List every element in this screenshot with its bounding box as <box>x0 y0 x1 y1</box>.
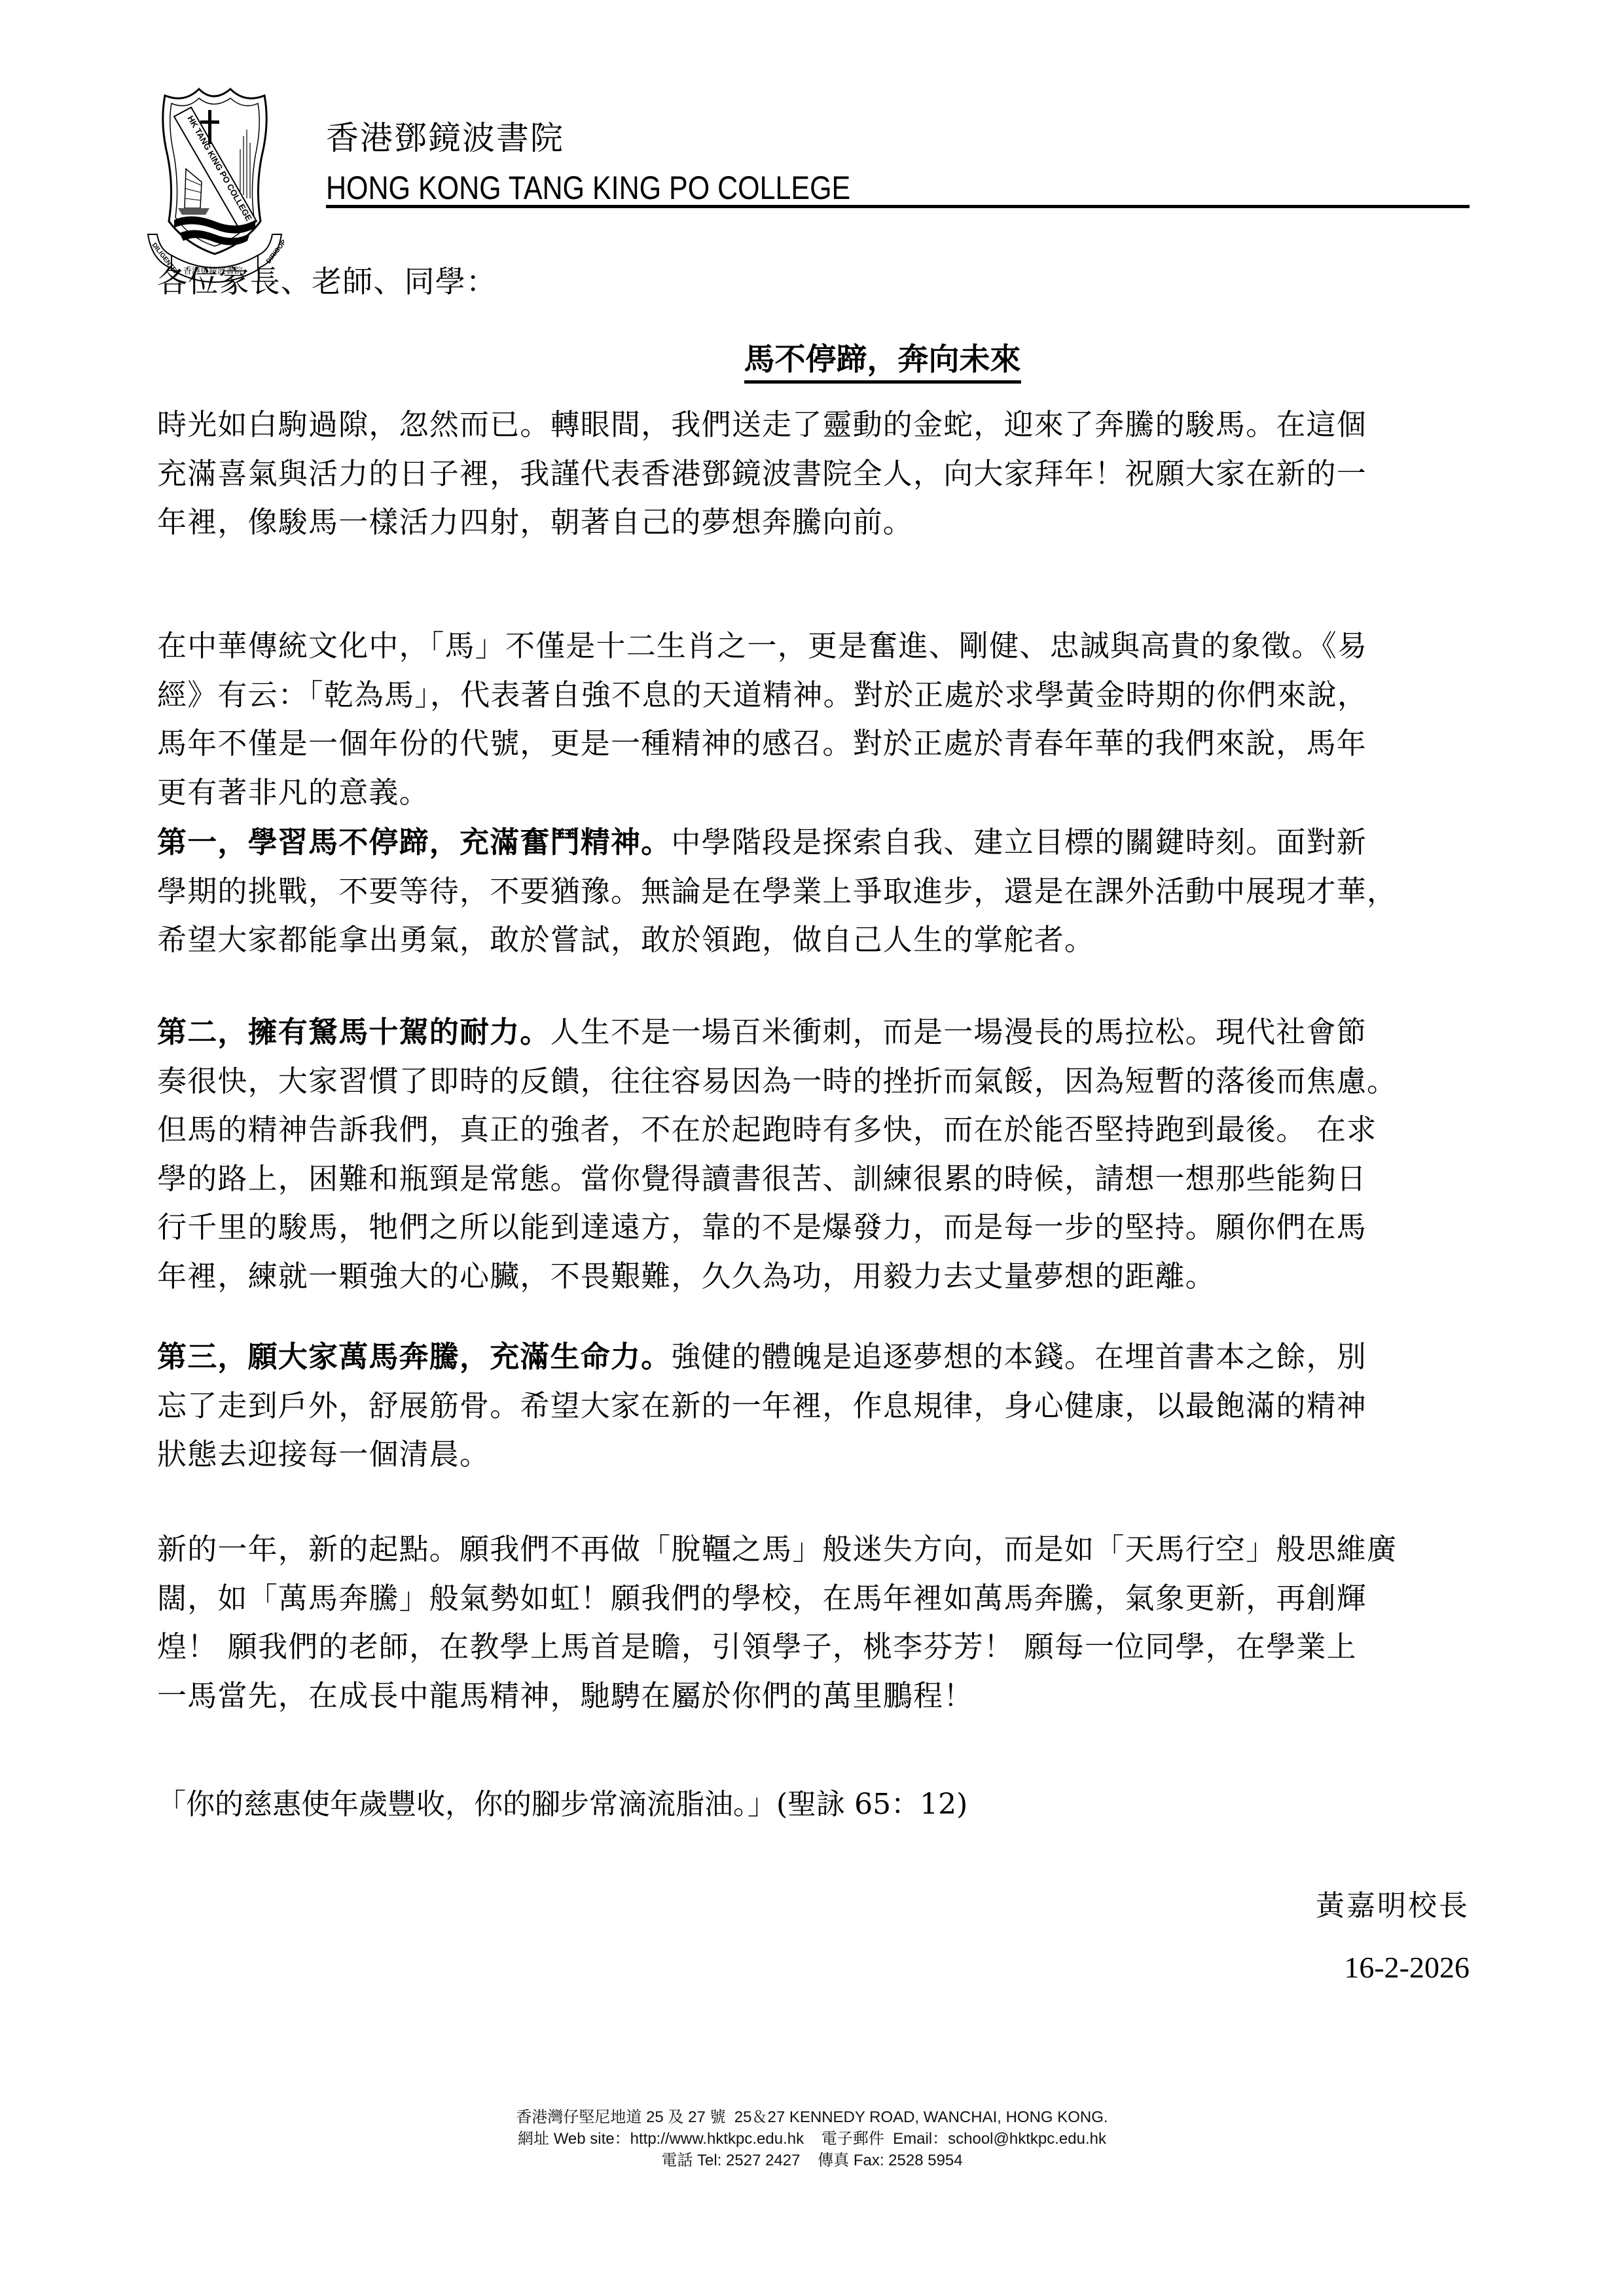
footer-web-email: 網址 Web site：http://www.hktkpc.edu.hk 電子郵… <box>0 2128 1624 2150</box>
paragraph-point-three: 第三，願大家萬馬奔騰，充滿生命力。強健的體魄是追逐夢想的本錢。在埋首書本之餘，別… <box>157 1333 1470 1479</box>
principal-signature: 黃嘉明校長 <box>1316 1892 1470 1921</box>
text-line: 馬年不僅是一個年份的代號，更是一種精神的感召。對於正處於青春年華的我們來說，馬年 <box>157 719 1470 768</box>
text-line: 第一，學習馬不停蹄，充滿奮鬥精神。中學階段是探索自我、建立目標的關鍵時刻。面對新 <box>157 818 1470 867</box>
footer-phone-fax: 電話 Tel: 2527 2427 傳真 Fax: 2528 5954 <box>0 2150 1624 2171</box>
text-line: 行千里的駿馬，牠們之所以能到達遠方，靠的不是爆發力，而是每一步的堅持。願你們在馬 <box>157 1203 1470 1252</box>
paragraph-point-one: 第一，學習馬不停蹄，充滿奮鬥精神。中學階段是探索自我、建立目標的關鍵時刻。面對新… <box>157 818 1470 965</box>
text-line: 時光如白駒過隙，忽然而已。轉眼間，我們送走了靈動的金蛇，迎來了奔騰的駿馬。在這個 <box>157 401 1470 450</box>
header-divider <box>326 205 1470 208</box>
paragraph-intro: 時光如白駒過隙，忽然而已。轉眼間，我們送走了靈動的金蛇，迎來了奔騰的駿馬。在這個… <box>157 401 1470 547</box>
text-line: 新的一年，新的起點。願我們不再做「脫韁之馬」般迷失方向，而是如「天馬行空」般思維… <box>157 1525 1470 1574</box>
letter-date: 16-2-2026 <box>1344 1953 1470 1983</box>
text-line: 第二，擁有駑馬十駕的耐力。人生不是一場百米衝刺，而是一場漫長的馬拉松。現代社會節 <box>157 1008 1470 1057</box>
text-line: 學期的挑戰，不要等待，不要猶豫。無論是在學業上爭取進步，還是在課外活動中展現才華… <box>157 867 1470 916</box>
text-line: 經》有云：「乾為馬」，代表著自強不息的天道精神。對於正處於求學黃金時期的你們來說… <box>157 671 1470 720</box>
text-fragment: 人生不是一場百米衝刺，而是一場漫長的馬拉松。現代社會節 <box>550 1015 1367 1049</box>
text-line: 學的路上，困難和瓶頸是常態。當你覺得讀書很苦、訓練很累的時候，請想一想那些能夠日 <box>157 1155 1470 1204</box>
email-link[interactable]: school@hktkpc.edu.hk <box>948 2130 1106 2148</box>
email-label: 電子郵件 Email： <box>821 2130 948 2148</box>
letter-page: HK TANG KING PO COLLEGE DILIGENTER <box>0 0 1624 2293</box>
salutation: 各位家長、老師、同學： <box>157 257 1470 306</box>
text-line: 第三，願大家萬馬奔騰，充滿生命力。強健的體魄是追逐夢想的本錢。在埋首書本之餘，別 <box>157 1333 1470 1382</box>
text-line: 充滿喜氣與活力的日子裡，我謹代表香港鄧鏡波書院全人，向大家拜年！祝願大家在新的一 <box>157 450 1470 499</box>
point-heading: 第二，擁有駑馬十駕的耐力。 <box>157 1015 550 1049</box>
paragraph-culture: 在中華傳統文化中，「馬」不僅是十二生肖之一，更是奮進、剛健、忠誠與高貴的象徵。《… <box>157 622 1470 817</box>
footer-contact: 香港灣仔堅尼地道 25 及 27 號 25＆27 KENNEDY ROAD, W… <box>0 2106 1624 2171</box>
text-line: 但馬的精神告訴我們，真正的強者，不在於起跑時有多快，而在於能否堅持跑到最後。 在… <box>157 1106 1470 1155</box>
point-heading: 第三，願大家萬馬奔騰，充滿生命力。 <box>157 1339 671 1374</box>
text-line: 希望大家都能拿出勇氣，敢於嘗試，敢於領跑，做自己人生的掌舵者。 <box>157 916 1470 965</box>
paragraph-point-two: 第二，擁有駑馬十駕的耐力。人生不是一場百米衝刺，而是一場漫長的馬拉松。現代社會節… <box>157 1008 1470 1301</box>
letter-title: 馬不停蹄，奔向未來 <box>744 342 1021 384</box>
school-crest-icon: HK TANG KING PO COLLEGE DILIGENTER <box>145 84 284 283</box>
paragraph-closing: 新的一年，新的起點。願我們不再做「脫韁之馬」般迷失方向，而是如「天馬行空」般思維… <box>157 1525 1470 1720</box>
text-line: 一馬當先，在成長中龍馬精神，馳騁在屬於你們的萬里鵬程！ <box>157 1672 1470 1721</box>
text-line: 更有著非凡的意義。 <box>157 768 1470 818</box>
point-heading: 第一，學習馬不停蹄，充滿奮鬥精神。 <box>157 825 671 859</box>
text-line: 煌！ 願我們的老師，在教學上馬首是瞻，引領學子，桃李芬芳！ 願每一位同學，在學業… <box>157 1623 1470 1672</box>
text-fragment: 中學階段是探索自我、建立目標的關鍵時刻。面對新 <box>671 825 1367 859</box>
text-line: 闊，如「萬馬奔騰」般氣勢如虹！願我們的學校，在馬年裡如萬馬奔騰，氣象更新，再創輝 <box>157 1574 1470 1623</box>
school-name-english: HONG KONG TANG KING PO COLLEGE <box>326 172 850 204</box>
fax: 傳真 Fax: 2528 5954 <box>818 2152 962 2169</box>
website-link[interactable]: http://www.hktkpc.edu.hk <box>630 2130 804 2148</box>
text-line: 年裡，練就一顆強大的心臟，不畏艱難，久久為功，用毅力去丈量夢想的距離。 <box>157 1252 1470 1301</box>
letter-title-wrap: 馬不停蹄，奔向未來 <box>0 335 1624 379</box>
text-line: 在中華傳統文化中，「馬」不僅是十二生肖之一，更是奮進、剛健、忠誠與高貴的象徵。《… <box>157 622 1470 671</box>
bible-verse: 「你的慈惠使年歲豐收，你的腳步常滴流脂油。」(聖詠 65：12) <box>157 1790 967 1819</box>
web-label: 網址 Web site： <box>518 2130 630 2148</box>
text-line: 年裡，像駿馬一樣活力四射，朝著自己的夢想奔騰向前。 <box>157 498 1470 547</box>
school-name-chinese: 香港鄧鏡波書院 <box>326 122 564 154</box>
text-line: 忘了走到戶外，舒展筋骨。希望大家在新的一年裡，作息規律，身心健康，以最飽滿的精神 <box>157 1382 1470 1431</box>
text-line: 奏很快，大家習慣了即時的反饋，往往容易因為一時的挫折而氣餒，因為短暫的落後而焦慮… <box>157 1057 1470 1106</box>
text-line: 狀態去迎接每一個清晨。 <box>157 1430 1470 1479</box>
text-fragment: 強健的體魄是追逐夢想的本錢。在埋首書本之餘，別 <box>671 1339 1367 1374</box>
telephone: 電話 Tel: 2527 2427 <box>661 2152 800 2169</box>
footer-address: 香港灣仔堅尼地道 25 及 27 號 25＆27 KENNEDY ROAD, W… <box>0 2106 1624 2128</box>
